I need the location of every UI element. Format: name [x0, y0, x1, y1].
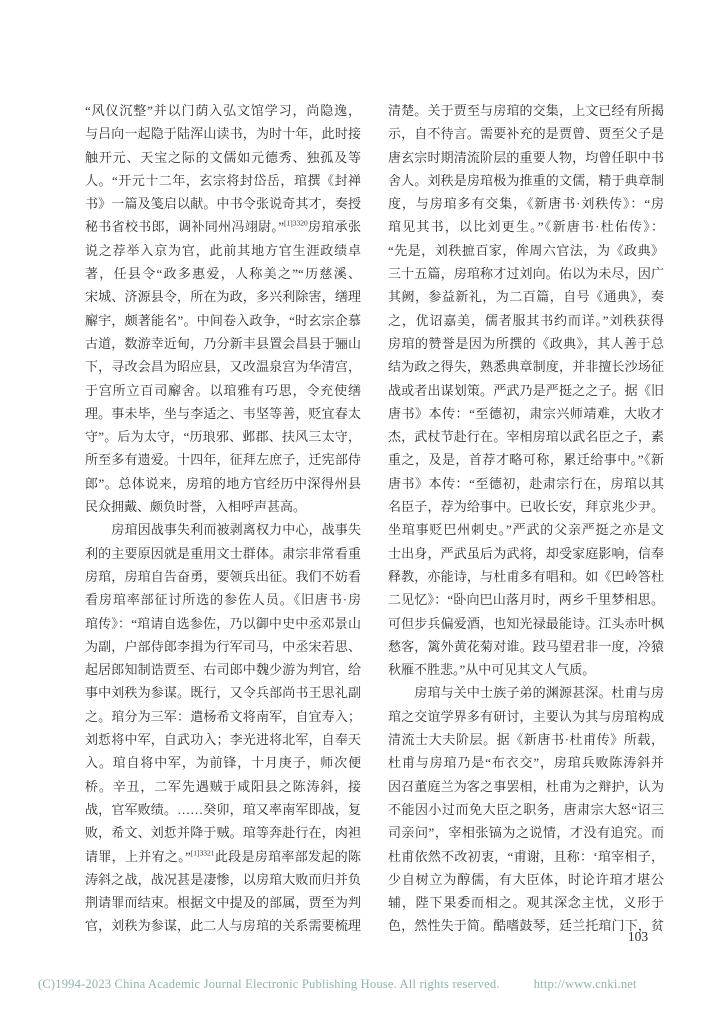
text-line: 守”。后为太守，“历琅邪、邺郡、扶风三太守，: [85, 425, 361, 448]
text-line: 因召董庭兰为客之事罢相，杜甫为之辩护，认为: [388, 775, 664, 798]
text-line: 古道，数游幸近甸，乃分新丰县置会昌县于骊山: [85, 332, 361, 355]
text-column-right: 清楚。关于贾至与房琯的交集，上文已经有所揭示，自不待言。需要补充的是贾曾、贾至父…: [388, 99, 664, 938]
text-line: 结为政之得失，熟悉典章制度，并非擅长沙场征: [388, 355, 664, 378]
text-line: 士出身，严武虽后为武将，却受家庭影响，信奉: [388, 542, 664, 565]
text-line: 下，寻改会昌为昭应县，又改温泉宫为华清宫，: [85, 355, 361, 378]
text-line: 秋雁不胜悲。”从中可见其文人气质。: [388, 658, 664, 681]
text-line: 民众拥戴、颇负时誉，入相呼声甚高。: [85, 495, 361, 518]
text-line: 唐书》本传：“至德初，肃宗兴师靖难，大收才: [388, 402, 664, 425]
two-column-text-body: “风仪沉整”并以门荫入弘文馆学习，尚隐逸，与吕向一起隐于陆浑山读书，为时十年，此…: [85, 99, 664, 938]
text-line: 说之荐举入京为官，此前其地方官生涯政绩卓: [85, 239, 361, 262]
footer-url[interactable]: http://www.cnki.net: [534, 977, 637, 992]
text-line: 唐书》本传：“至德初，赴肃宗行在，房琯以其: [388, 472, 664, 495]
text-line: 房琯因战事失利而被剥离权力中心，战事失: [85, 518, 361, 541]
text-line: 请罪，上并宥之。”[1]3321此段是房琯率部发起的陈: [85, 845, 361, 868]
text-line: 琯见其书，以比刘更生。”《新唐书·杜佑传》：: [388, 215, 664, 238]
text-line: 与吕向一起隐于陆浑山读书，为时十年，此时接: [85, 122, 361, 145]
text-line: 起居郎知制诰贾至、右司郎中魏少游为判官，给: [85, 658, 361, 681]
citation-superscript: [1]3320: [284, 219, 308, 228]
text-line: 于宫所立百司廨舍。以琯雅有巧思，令充使缮: [85, 379, 361, 402]
text-line: 书》一篇及笺启以献。中书令张说奇其才，奏授: [85, 192, 361, 215]
text-line: 秘书省校书郎，调补同州冯翊尉。”[1]3320房琯承张: [85, 215, 361, 238]
text-line: 杰，武杖节赴行在。宰相房琯以武名臣之子，素: [388, 425, 664, 448]
text-line: 唐玄宗时期清流阶层的重要人物，均曾任职中书: [388, 146, 664, 169]
text-line: 度，与房琯多有交集，《新唐书·刘秩传》：“房: [388, 192, 664, 215]
text-line: 理。事未毕，坐与李适之、韦坚等善，贬宜春太: [85, 402, 361, 425]
text-line: 之。琯分为三军：遣杨希文将南军，自宜寿入；: [85, 705, 361, 728]
citation-superscript: [1]3321: [191, 848, 215, 857]
text-line: 涛斜之战，战况甚是凄惨，以房琯大败而归并负: [85, 868, 361, 891]
text-line: 败，希文、刘悊并降于贼。琯等奔赴行在，肉袒: [85, 821, 361, 844]
text-line: 辅，陛下果委而相之。观其深念主忧，义形于: [388, 891, 664, 914]
text-line: 可但步兵偏爱酒，也知光禄最能诗。江头赤叶枫: [388, 612, 664, 635]
text-line: 官，刘秩为参谋，此二人与房琯的关系需要梳理: [85, 914, 361, 937]
text-line: 房琯与关中士族子弟的渊源甚深。杜甫与房: [388, 681, 664, 704]
text-line: 重之，及是，首荐才略可称，累迁给事中。”《新: [388, 448, 664, 471]
text-line: 战，官军败绩。……癸卯，琯又率南军即战，复: [85, 798, 361, 821]
text-line: 不能因小过而免大臣之职务，唐肃宗大怒“诏三: [388, 798, 664, 821]
text-line: 为副，户部侍郎李揖为行军司马，中丞宋若思、: [85, 635, 361, 658]
text-line: 房琯的赞誉是因为所撰的《政典》，其人善于总: [388, 332, 664, 355]
text-line: 荆请罪而结束。根据文中提及的部属，贾至为判: [85, 891, 361, 914]
text-line: 清流士大夫阶层。据《新唐书·杜甫传》所载，: [388, 728, 664, 751]
text-line: 琯之交谊学界多有研讨，主要认为其与房琯构成: [388, 705, 664, 728]
text-line: 著，任县令“政多惠爱，人称美之”“历慈溪、: [85, 262, 361, 285]
text-line: 看房琯率部征讨所选的参佐人员。《旧唐书·房: [85, 588, 361, 611]
text-line: 三十五篇，房琯称才过刘向。佑以为未尽，因广: [388, 262, 664, 285]
text-line: 桥。辛丑，二军先遇贼于咸阳县之陈涛斜，接: [85, 775, 361, 798]
text-line: 利的主要原因就是重用文士群体。肃宗非常看重: [85, 542, 361, 565]
text-line: 郎”。总体说来，房琯的地方官经历中深得州县: [85, 472, 361, 495]
text-line: 廨宇，颇著能名”。中间卷入政争，“时玄宗企慕: [85, 309, 361, 332]
text-line: “先是，刘秩摭百家，侔周六官法，为《政典》: [388, 239, 664, 262]
footer: (C)1994-2023 China Academic Journal Elec…: [38, 977, 698, 992]
text-line: 琯传》：“琯请自选参佐，乃以御中史中丞邓景山: [85, 612, 361, 635]
page-number: 103: [616, 929, 660, 945]
text-line: 司亲问”，宰相张镐为之说情，才没有追究。而: [388, 821, 664, 844]
text-line: “风仪沉整”并以门荫入弘文馆学习，尚隐逸，: [85, 99, 361, 122]
text-line: 入。琯自将中军，为前锋，十月庚子，师次便: [85, 751, 361, 774]
text-line: 名臣子，荐为给事中。已收长安，拜京兆少尹。: [388, 495, 664, 518]
text-line: 之，优诏嘉美，儒者服其书约而详。”刘秩获得: [388, 309, 664, 332]
text-line: 触开元、天宝之际的文儒如元德秀、独孤及等: [85, 146, 361, 169]
text-line: 二见忆》：“卧向巴山落月时，两乡千里梦相思。: [388, 588, 664, 611]
text-line: 人。“开元十二年，玄宗将封岱岳，琯撰《封禅: [85, 169, 361, 192]
text-line: 宋城、济源县令，所在为政，多兴利除害，缮理: [85, 285, 361, 308]
document-page: “风仪沉整”并以门荫入弘文馆学习，尚隐逸，与吕向一起隐于陆浑山读书，为时十年，此…: [0, 0, 720, 1018]
text-line: 坐琯事贬巴州刺史。”严武的父亲严挺之亦是文: [388, 518, 664, 541]
footer-copyright: (C)1994-2023 China Academic Journal Elec…: [38, 977, 500, 992]
text-line: 示，自不待言。需要补充的是贾曾、贾至父子是: [388, 122, 664, 145]
text-column-left: “风仪沉整”并以门荫入弘文馆学习，尚隐逸，与吕向一起隐于陆浑山读书，为时十年，此…: [85, 99, 361, 938]
text-line: 所至多有遗爱。十四年，征拜左庶子，迁宪部侍: [85, 448, 361, 471]
text-line: 愁客，篱外黄花菊对谁。跂马望君非一度，冷猿: [388, 635, 664, 658]
text-line: 刘悊将中军，自武功入；李光进将北军，自奉天: [85, 728, 361, 751]
text-line: 杜甫依然不改初衷，“甫谢，且称：‘琯宰相子，: [388, 845, 664, 868]
text-line: 战或者出谋划策。严武乃是严挺之之子。据《旧: [388, 379, 664, 402]
text-line: 释教，亦能诗，与杜甫多有唱和。如《巴岭答杜: [388, 565, 664, 588]
text-line: 杜甫与房琯乃是“布衣交”，房琯兵败陈涛斜并: [388, 751, 664, 774]
text-line: 清楚。关于贾至与房琯的交集，上文已经有所揭: [388, 99, 664, 122]
text-line: 房琯，房琯自告奋勇，要领兵出征。我们不妨看: [85, 565, 361, 588]
text-line: 事中刘秩为参谋。既行，又令兵部尚书王思礼副: [85, 681, 361, 704]
text-line: 其阙，参益新礼，为二百篇，自号《通典》，奏: [388, 285, 664, 308]
text-line: 少自树立为醇儒，有大臣体，时论许琯才堪公: [388, 868, 664, 891]
text-line: 舍人。刘秩是房琯极为推重的文儒，精于典章制: [388, 169, 664, 192]
